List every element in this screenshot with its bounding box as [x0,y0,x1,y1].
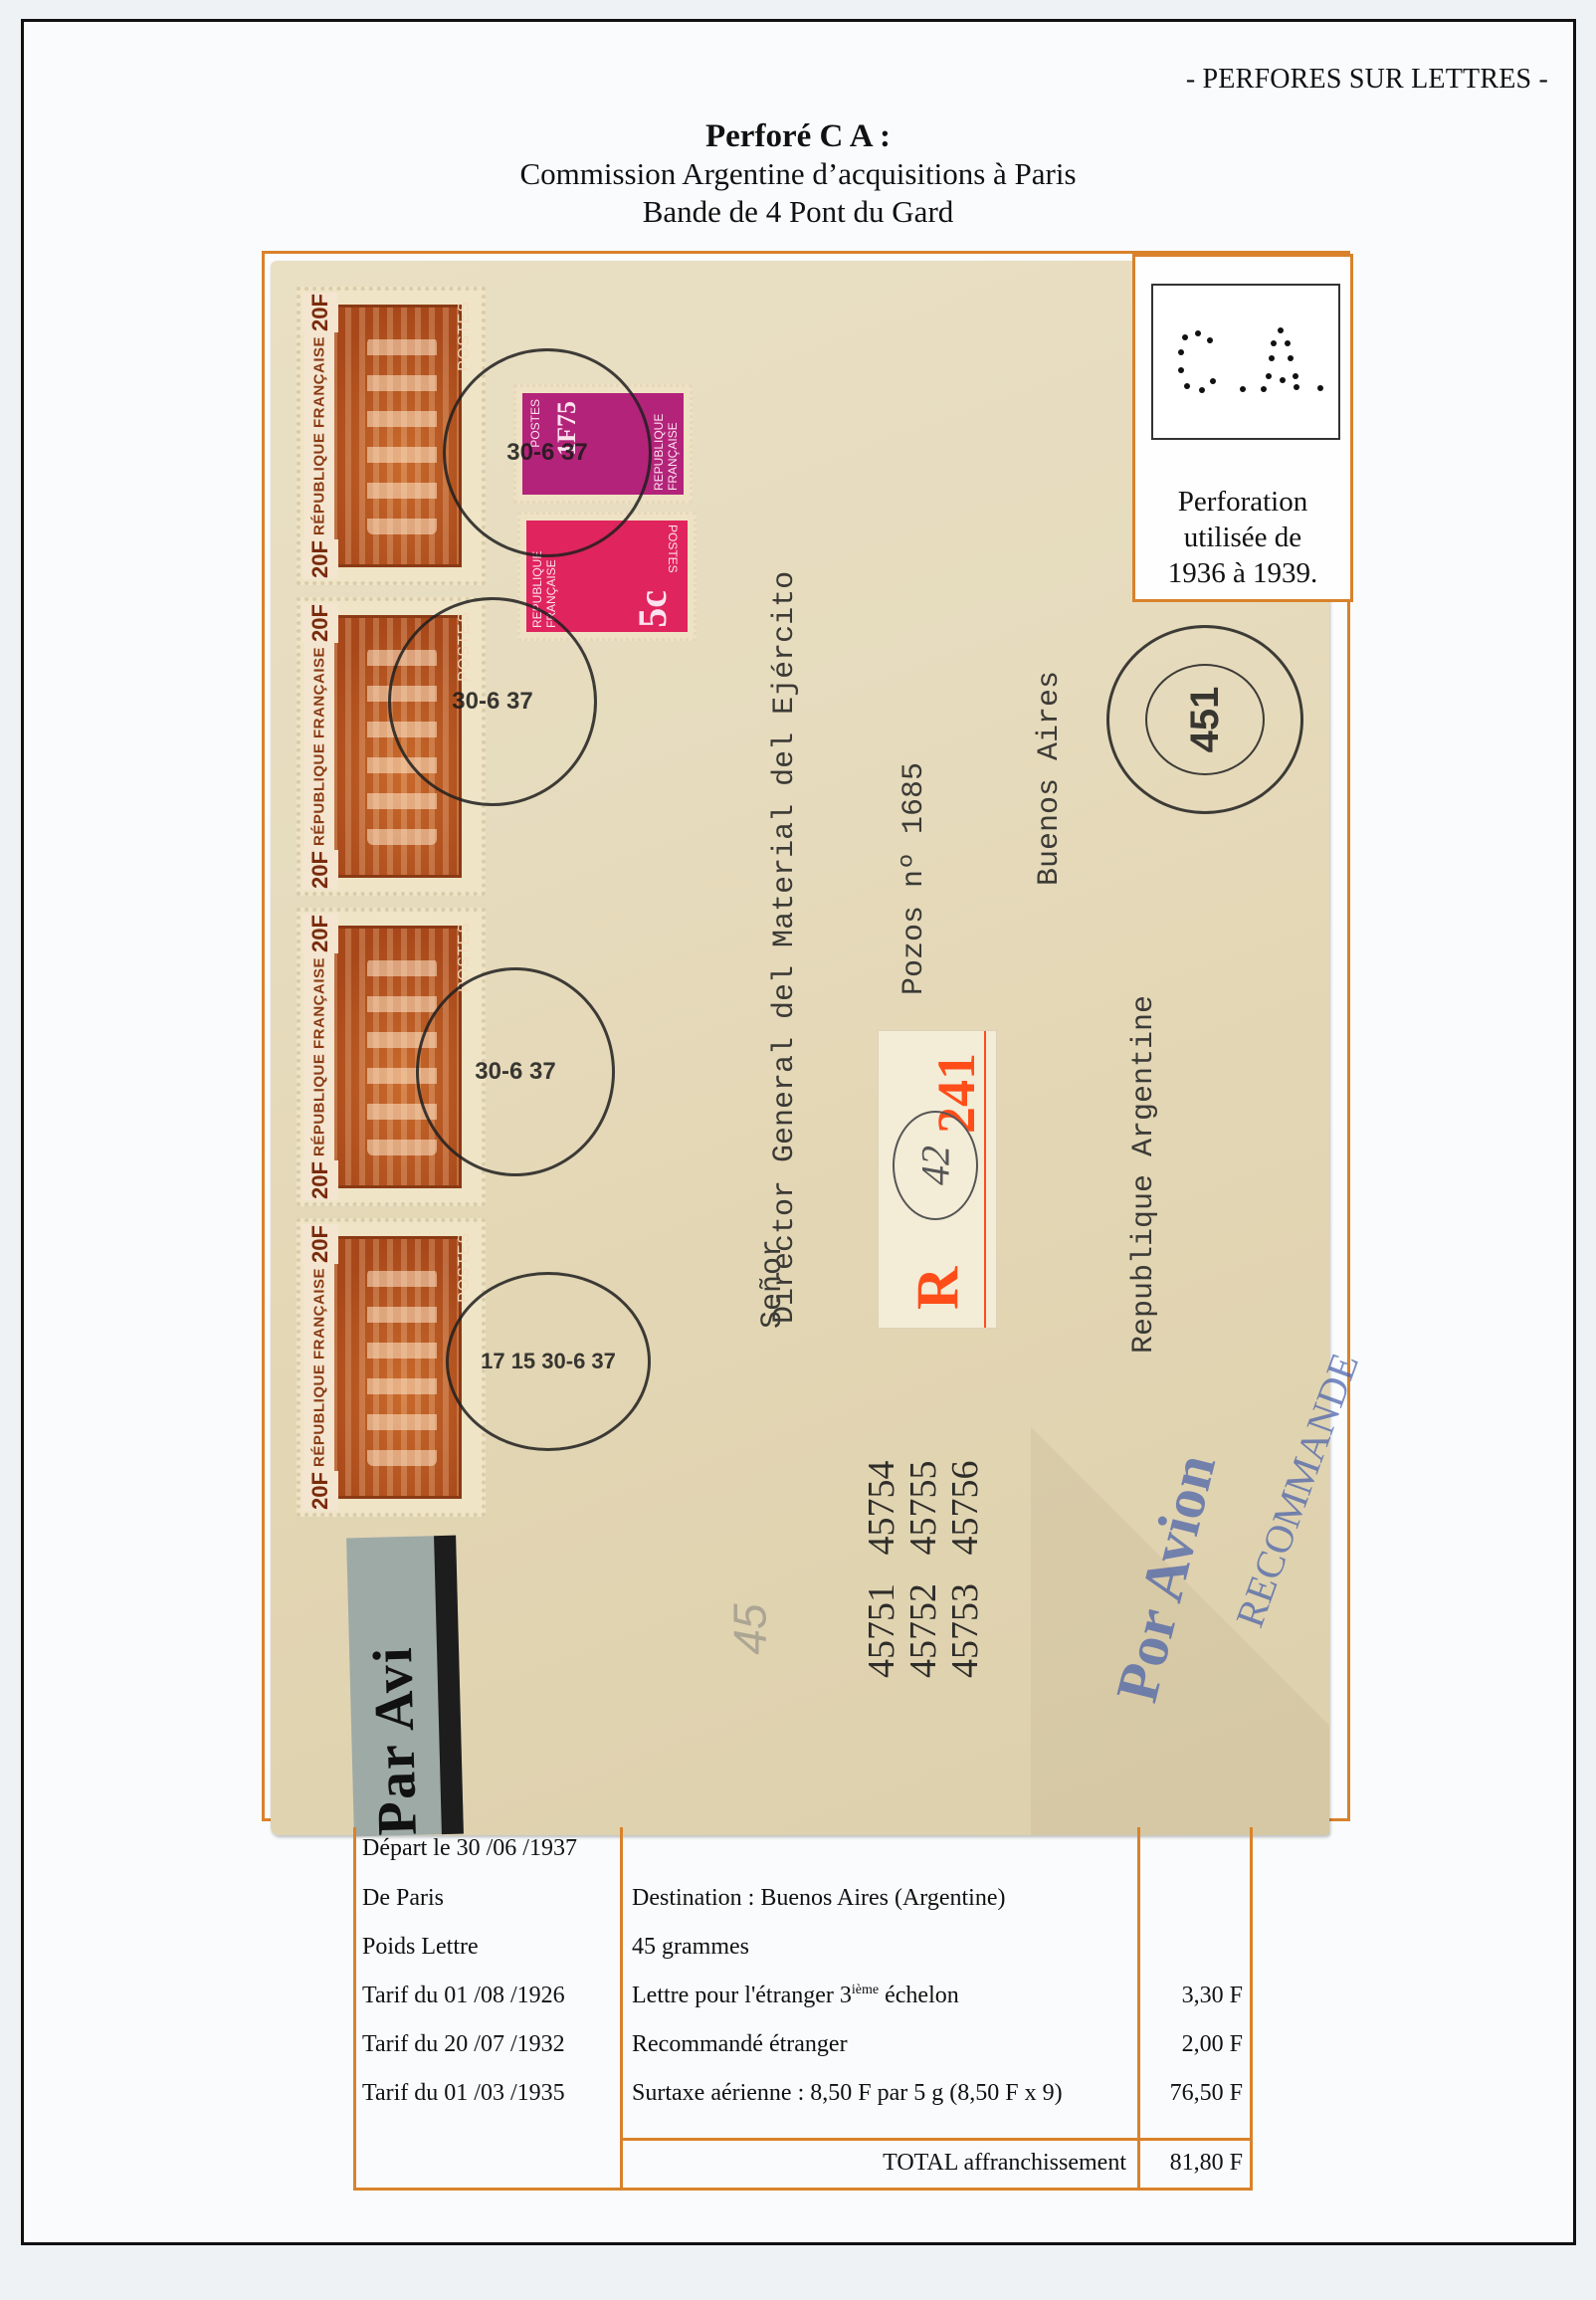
perforation-caption-line-3: 1936 à 1939. [1135,555,1350,591]
perforation-dot [1178,349,1184,355]
stamp-image [314,1236,462,1499]
table-row-5-amount: 76,50 F [1170,2080,1243,2107]
serial-gap [944,1556,986,1584]
table-border [1137,1827,1140,2191]
stamp-value: 20F [302,1471,338,1511]
perforation-dot [1207,337,1213,343]
stamp-value: 20F [302,1160,338,1200]
table-row-5-left: Tarif du 01 /03 /1935 [362,2080,565,2107]
address-line-1: Director General del Material del Ejérci… [768,571,802,1324]
postmark-2: 30-6 37 [388,597,597,806]
perforation-caption: Perforation utilisée de 1936 à 1939. [1135,484,1350,591]
perforation-dot [1182,334,1188,340]
table-row-5-middle: Surtaxe aérienne : 8,50 F par 5 g (8,50 … [632,2080,1063,2107]
table-row-3-left: Tarif du 01 /08 /1926 [362,1983,565,2009]
perforation-dot [1261,386,1267,392]
airmail-label-text: Par Avi [360,1537,428,1836]
table-row-3-middle-text: Lettre pour l'étranger 3 [632,1983,852,2008]
perforation-caption-line-2: utilisée de [1135,520,1350,555]
postmark-1: 30-6 37 [443,348,652,557]
table-row-3-middle-after: échelon [879,1983,959,2008]
arrival-postmark-inner: 451 [1145,664,1265,775]
perforation-dot [1195,330,1201,336]
postmark-date: 30-6 37 [391,689,594,715]
table-border [353,2188,1253,2191]
perforation-dot [1317,385,1323,391]
postmark-3: 30-6 37 [416,967,615,1176]
page-title: Perforé C A : [0,117,1596,155]
perforation-dot [1184,383,1190,389]
total-amount: 81,80 F [1170,2150,1243,2177]
perforation-dot [1288,355,1294,361]
serial-number: 45756 [944,1461,986,1556]
arrival-number: 451 [1192,662,1218,777]
registration-letter: R [898,1258,978,1318]
stamp-country: RÉPUBLIQUE FRANÇAISE [304,1262,334,1473]
table-row-3-sup: ième [852,1983,879,1997]
perforation-dot [1210,378,1216,384]
perforation-dot [1240,386,1246,392]
perforation-dot [1271,340,1277,346]
perforation-dot [1278,327,1284,333]
title-block: Perforé C A : Commission Argentine d’acq… [0,117,1596,231]
table-row-2-middle: 45 grammes [632,1934,749,1961]
stamp-value: 20F [302,1224,338,1264]
perforation-dot [1293,373,1298,379]
serial-number: 45753 [944,1583,986,1678]
perforation-info-box: Perforation utilisée de 1936 à 1939. [1132,254,1353,602]
stamp-value: 20F [302,603,338,643]
stamp-value: 20F [302,539,338,579]
postmark-4: 17 15 30-6 37 [446,1272,651,1451]
table-row-4-middle: Recommandé étranger [632,2031,848,2058]
table-border [1250,1827,1253,2191]
stamp-country: RÉPUBLIQUE FRANÇAISE [304,951,334,1162]
registration-circle-mark: 42 [893,1111,978,1220]
stamp-postes: POSTES [456,301,474,371]
total-label: TOTAL affranchissement [883,2150,1126,2177]
postmark-date: 17 15 30-6 37 [449,1349,648,1374]
table-row-0-left: Départ le 30 /06 /1937 [362,1835,577,1862]
stamp-country: RÉPUBLIQUE FRANÇAISE [304,641,334,852]
table-border [353,1827,356,2191]
stamp-value: 20F [302,914,338,953]
stamp-arches [367,1269,437,1466]
stamp-postes: POSTES [456,1232,474,1303]
stamp-value: 20F [302,850,338,890]
stamp-arches [367,337,437,534]
stamp-value: 20F [302,293,338,332]
page-subtitle-2: Bande de 4 Pont du Gard [0,193,1596,231]
perforation-sample [1151,284,1340,440]
perforation-dot [1285,340,1291,346]
postage-table: Départ le 30 /06 /1937 De Paris Destinat… [353,1827,1253,2191]
pencil-mark: 45 [723,1603,777,1654]
stamp-country: REPUBLIQUE FRANÇAISE [652,397,680,491]
perforation-dot [1178,367,1184,373]
stamp-postes: POSTES [666,524,680,573]
perforation-caption-line-1: Perforation [1135,484,1350,520]
arrival-postmark: 451 [1106,625,1303,814]
serial-numbers: 45753 45756 [902,1461,986,1698]
registration-label: 241 42 R [878,1030,997,1329]
table-row-3-amount: 3,30 F [1182,1983,1243,2009]
perforation-dot [1280,377,1286,383]
address-line-4: Republique Argentine [1127,995,1161,1354]
page-subtitle-1: Commission Argentine d’acquisitions à Pa… [0,155,1596,193]
table-border [620,1827,623,2191]
stamp-country: RÉPUBLIQUE FRANÇAISE [304,330,334,541]
table-row-1-middle: Destination : Buenos Aires (Argentine) [632,1885,1006,1912]
stamp-value: 5c [629,590,676,628]
table-row-4-left: Tarif du 20 /07 /1932 [362,2031,565,2058]
address-line-3: Buenos Aires [1033,671,1067,886]
address-line-2: Pozos nº 1685 [898,762,931,995]
table-row-3-middle: Lettre pour l'étranger 3ième échelon [632,1983,959,2009]
table-row-1-left: De Paris [362,1885,444,1912]
postmark-date: 30-6 37 [419,1059,612,1085]
perforation-dot [1266,373,1272,379]
postmark-date: 30-6 37 [446,440,649,466]
airmail-label: Par Avi [346,1536,464,1837]
perforation-dot [1199,387,1205,393]
table-row-2-left: Poids Lettre [362,1934,479,1961]
stamp-image [314,305,462,567]
table-row-4-amount: 2,00 F [1182,2031,1243,2058]
section-header: - PERFORES SUR LETTRES - [1186,64,1548,96]
table-border [620,2138,1253,2141]
perforation-dot [1269,355,1275,361]
perforation-dot [1294,384,1299,390]
